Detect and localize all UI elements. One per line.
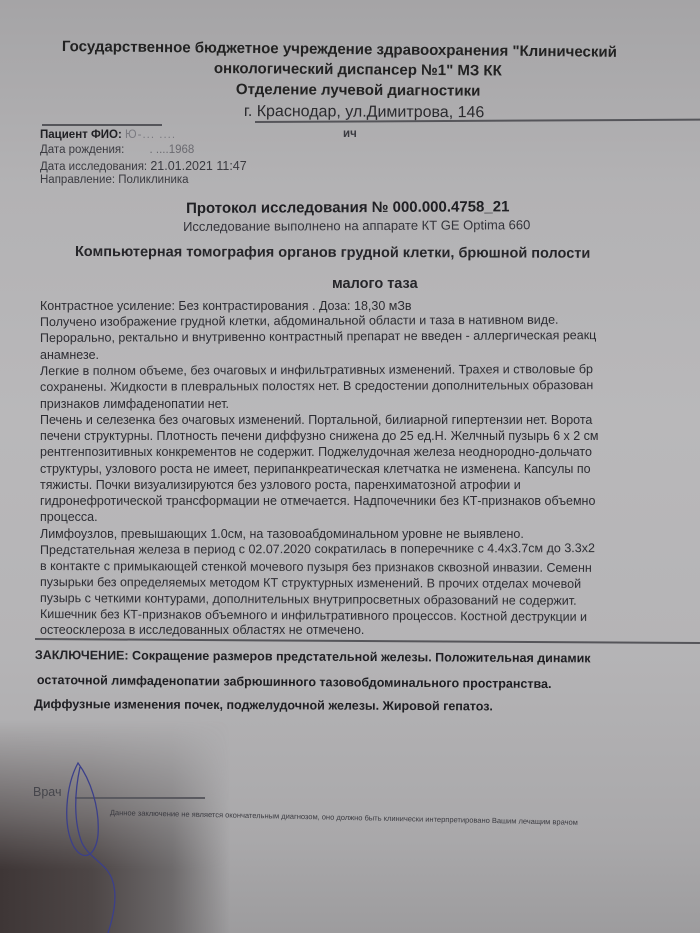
body-line: остеосклероза в исследованных областях н… [40, 623, 364, 637]
department-name: Отделение лучевой диагностики [236, 81, 481, 100]
body-line: Кишечник без КТ-признаков объемного и ин… [40, 607, 587, 624]
study-title-line2: малого таза [332, 276, 418, 292]
conclusion-line1: ЗАКЛЮЧЕНИЕ: Сокращение размеров предстат… [35, 648, 591, 665]
exam-date-value: 21.01.2021 11:47 [150, 159, 246, 173]
body-line: Предстательная железа в период с 02.07.2… [40, 541, 595, 557]
conclusion-divider [35, 638, 700, 644]
conclusion-text-1: Сокращение размеров предстательной желез… [132, 649, 591, 666]
body-line: анамнезе. [40, 348, 99, 362]
body-line: пузырь с четкими контурами, дополнительн… [40, 591, 577, 608]
body-line: Печень и селезенка без очаговых изменени… [40, 413, 592, 427]
patient-name-row: Пациент ФИО: Ю-... .... [40, 129, 176, 141]
body-line: в контакте с примыкающей стенкой мочевог… [40, 559, 592, 575]
birth-date-row: Дата рождения: . ....1968 [40, 144, 194, 156]
birth-date-label: Дата рождения: [40, 144, 124, 156]
disclaimer-text: Данное заключение не является окончатель… [110, 808, 578, 827]
header-divider-left [42, 124, 162, 126]
conclusion-line3: Диффузные изменения почек, поджелудочной… [34, 697, 493, 713]
body-line: Лимфоузлов, превышающих 1.0см, на тазово… [40, 527, 524, 541]
body-line: гидронефротической трансформации не отме… [40, 494, 595, 508]
birth-date-value: . ....1968 [150, 144, 195, 156]
doctor-label: Врач [33, 785, 61, 799]
medical-report-page: Государственное бюджетное учреждение здр… [0, 0, 700, 933]
body-line: Получено изображение грудной клетки, абд… [40, 313, 559, 329]
body-line: структуры, узлового роста не имеет, пери… [40, 462, 591, 476]
device-info: Исследование выполнено на аппарате КТ GE… [183, 217, 530, 234]
patient-name-suffix: ич [343, 128, 357, 140]
body-line: пузырьки без определяемых методом КТ стр… [40, 575, 581, 591]
exam-date-label: Дата исследования: [40, 161, 147, 173]
institution-name-line1: Государственное бюджетное учреждение здр… [62, 38, 617, 61]
body-line: рентгенпозитивных конкрементов не содерж… [40, 445, 592, 459]
exam-date-row: Дата исследования: 21.01.2021 11:47 [40, 159, 247, 173]
institution-name-line2: онкологический диспансер №1" МЗ КК [214, 60, 502, 80]
patient-name-value: Ю-... .... [125, 129, 176, 141]
body-line: тяжисты. Почки визуализируются без узлов… [40, 478, 521, 492]
body-line: сохранены. Жидкости в плевральных полост… [40, 378, 593, 394]
referral-value: Поликлиника [118, 174, 188, 186]
conclusion-line2: остаточной лимфаденопатии забрюшинного т… [37, 673, 552, 691]
handwritten-signature-icon [60, 755, 130, 933]
referral-row: Направление: Поликлиника [40, 174, 189, 186]
body-line: Контрастное усиление: Без контрастирован… [40, 299, 412, 313]
body-line: Легкие в полном объеме, без очаговых и и… [40, 362, 593, 378]
body-line: печени структурны. Плотность печени дифф… [40, 429, 599, 443]
body-line: признаков лимфаденопатии нет. [40, 397, 229, 411]
protocol-title: Протокол исследования № 000.000.4758_21 [186, 198, 509, 217]
body-line: процесса. [40, 510, 98, 524]
body-line: Перорально, ректально и внутривенно конт… [40, 328, 596, 345]
conclusion-label: ЗАКЛЮЧЕНИЕ: [35, 648, 129, 663]
patient-name-label: Пациент ФИО: [40, 129, 122, 141]
referral-label: Направление: [40, 174, 115, 186]
study-title-line1: Компьютерная томография органов грудной … [75, 244, 590, 262]
